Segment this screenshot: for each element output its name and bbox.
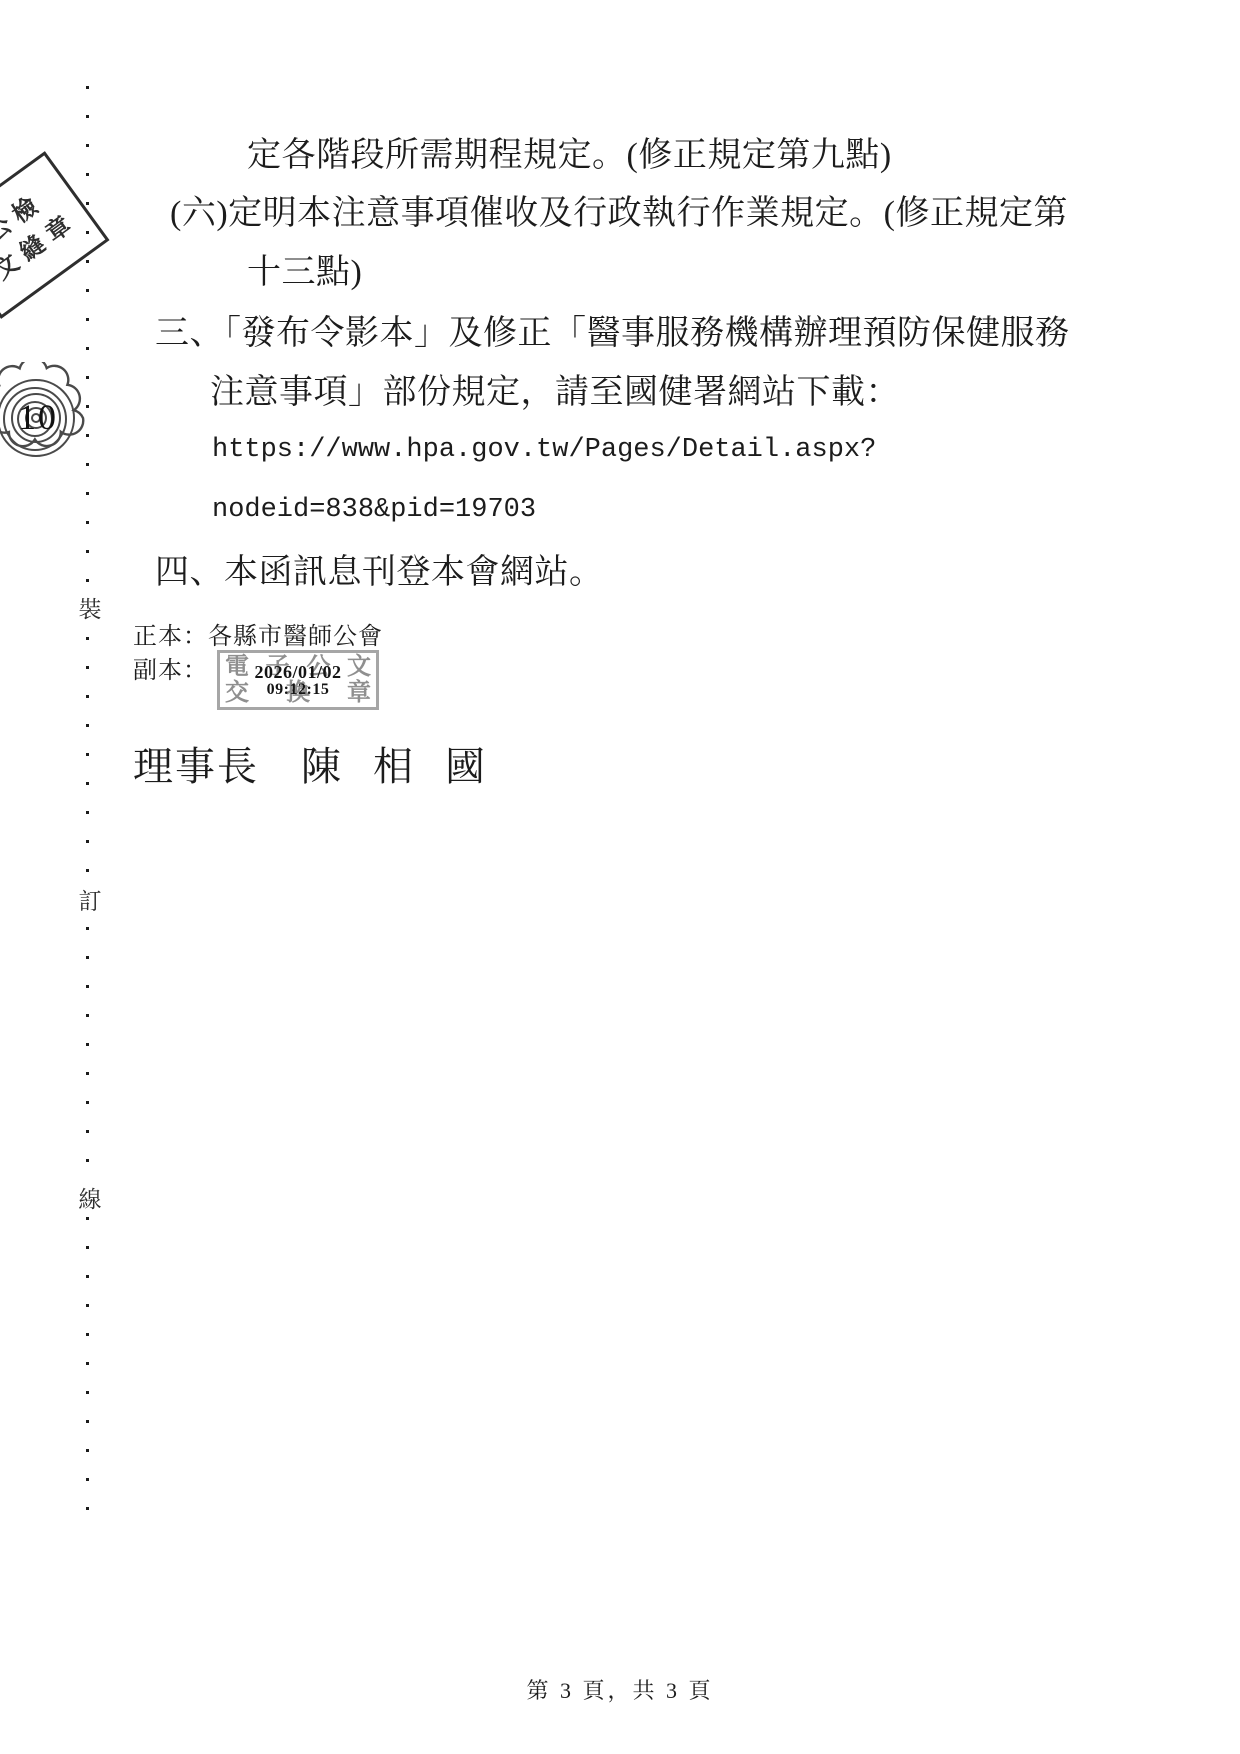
document-page: { "body": { "lines": [ {"text": "定各階段所需期… xyxy=(0,0,1240,1754)
body-line-url-params: nodeid=838&pid=19703 xyxy=(212,494,536,526)
body-line-6: 四、本函訊息刊登本會網站。 xyxy=(155,553,604,594)
binding-mark-zhuang: 裝 xyxy=(76,594,104,625)
binding-dotted-line xyxy=(86,86,89,1518)
page-number-stamp-value: 10 xyxy=(0,396,94,438)
body-line-1: 定各階段所需期程規定。(修正規定第九點) xyxy=(247,136,892,177)
page-number-stamp: 10 xyxy=(0,362,94,474)
binding-mark-xian: 線 xyxy=(76,1184,104,1215)
exchange-stamp-time: 09:12:15 xyxy=(220,682,376,699)
body-line-url: https://www.hpa.gov.tw/Pages/Detail.aspx… xyxy=(212,434,876,466)
recipient-original: 正本：各縣市醫師公會 xyxy=(133,616,383,651)
electronic-exchange-stamp: 電 子 公 文 交 換 章 2026/01/02 09:12:15 xyxy=(217,650,379,710)
binding-mark-ding: 訂 xyxy=(76,886,104,917)
body-line-4: 三、「發布令影本」及修正「醫事服務機構辦理預防保健服務 xyxy=(155,314,1070,355)
recipient-copy: 副本： xyxy=(133,650,208,685)
body-line-3: 十三點) xyxy=(247,253,362,294)
chairman-signature: 理事長 陳 相 國 xyxy=(133,735,487,792)
exchange-stamp-date: 2026/01/02 xyxy=(220,663,376,682)
page-footer: 第 3 頁，共 3 頁 xyxy=(0,1674,1240,1705)
body-line-2: (六)定明本注意事項催收及行政執行作業規定。(修正規定第 xyxy=(170,194,1068,235)
seam-stamp: 公檢 文縫章 xyxy=(0,151,110,319)
exchange-stamp-datetime: 2026/01/02 09:12:15 xyxy=(220,663,376,699)
body-line-5: 注意事項」部份規定，請至國健署網站下載： xyxy=(210,373,900,414)
